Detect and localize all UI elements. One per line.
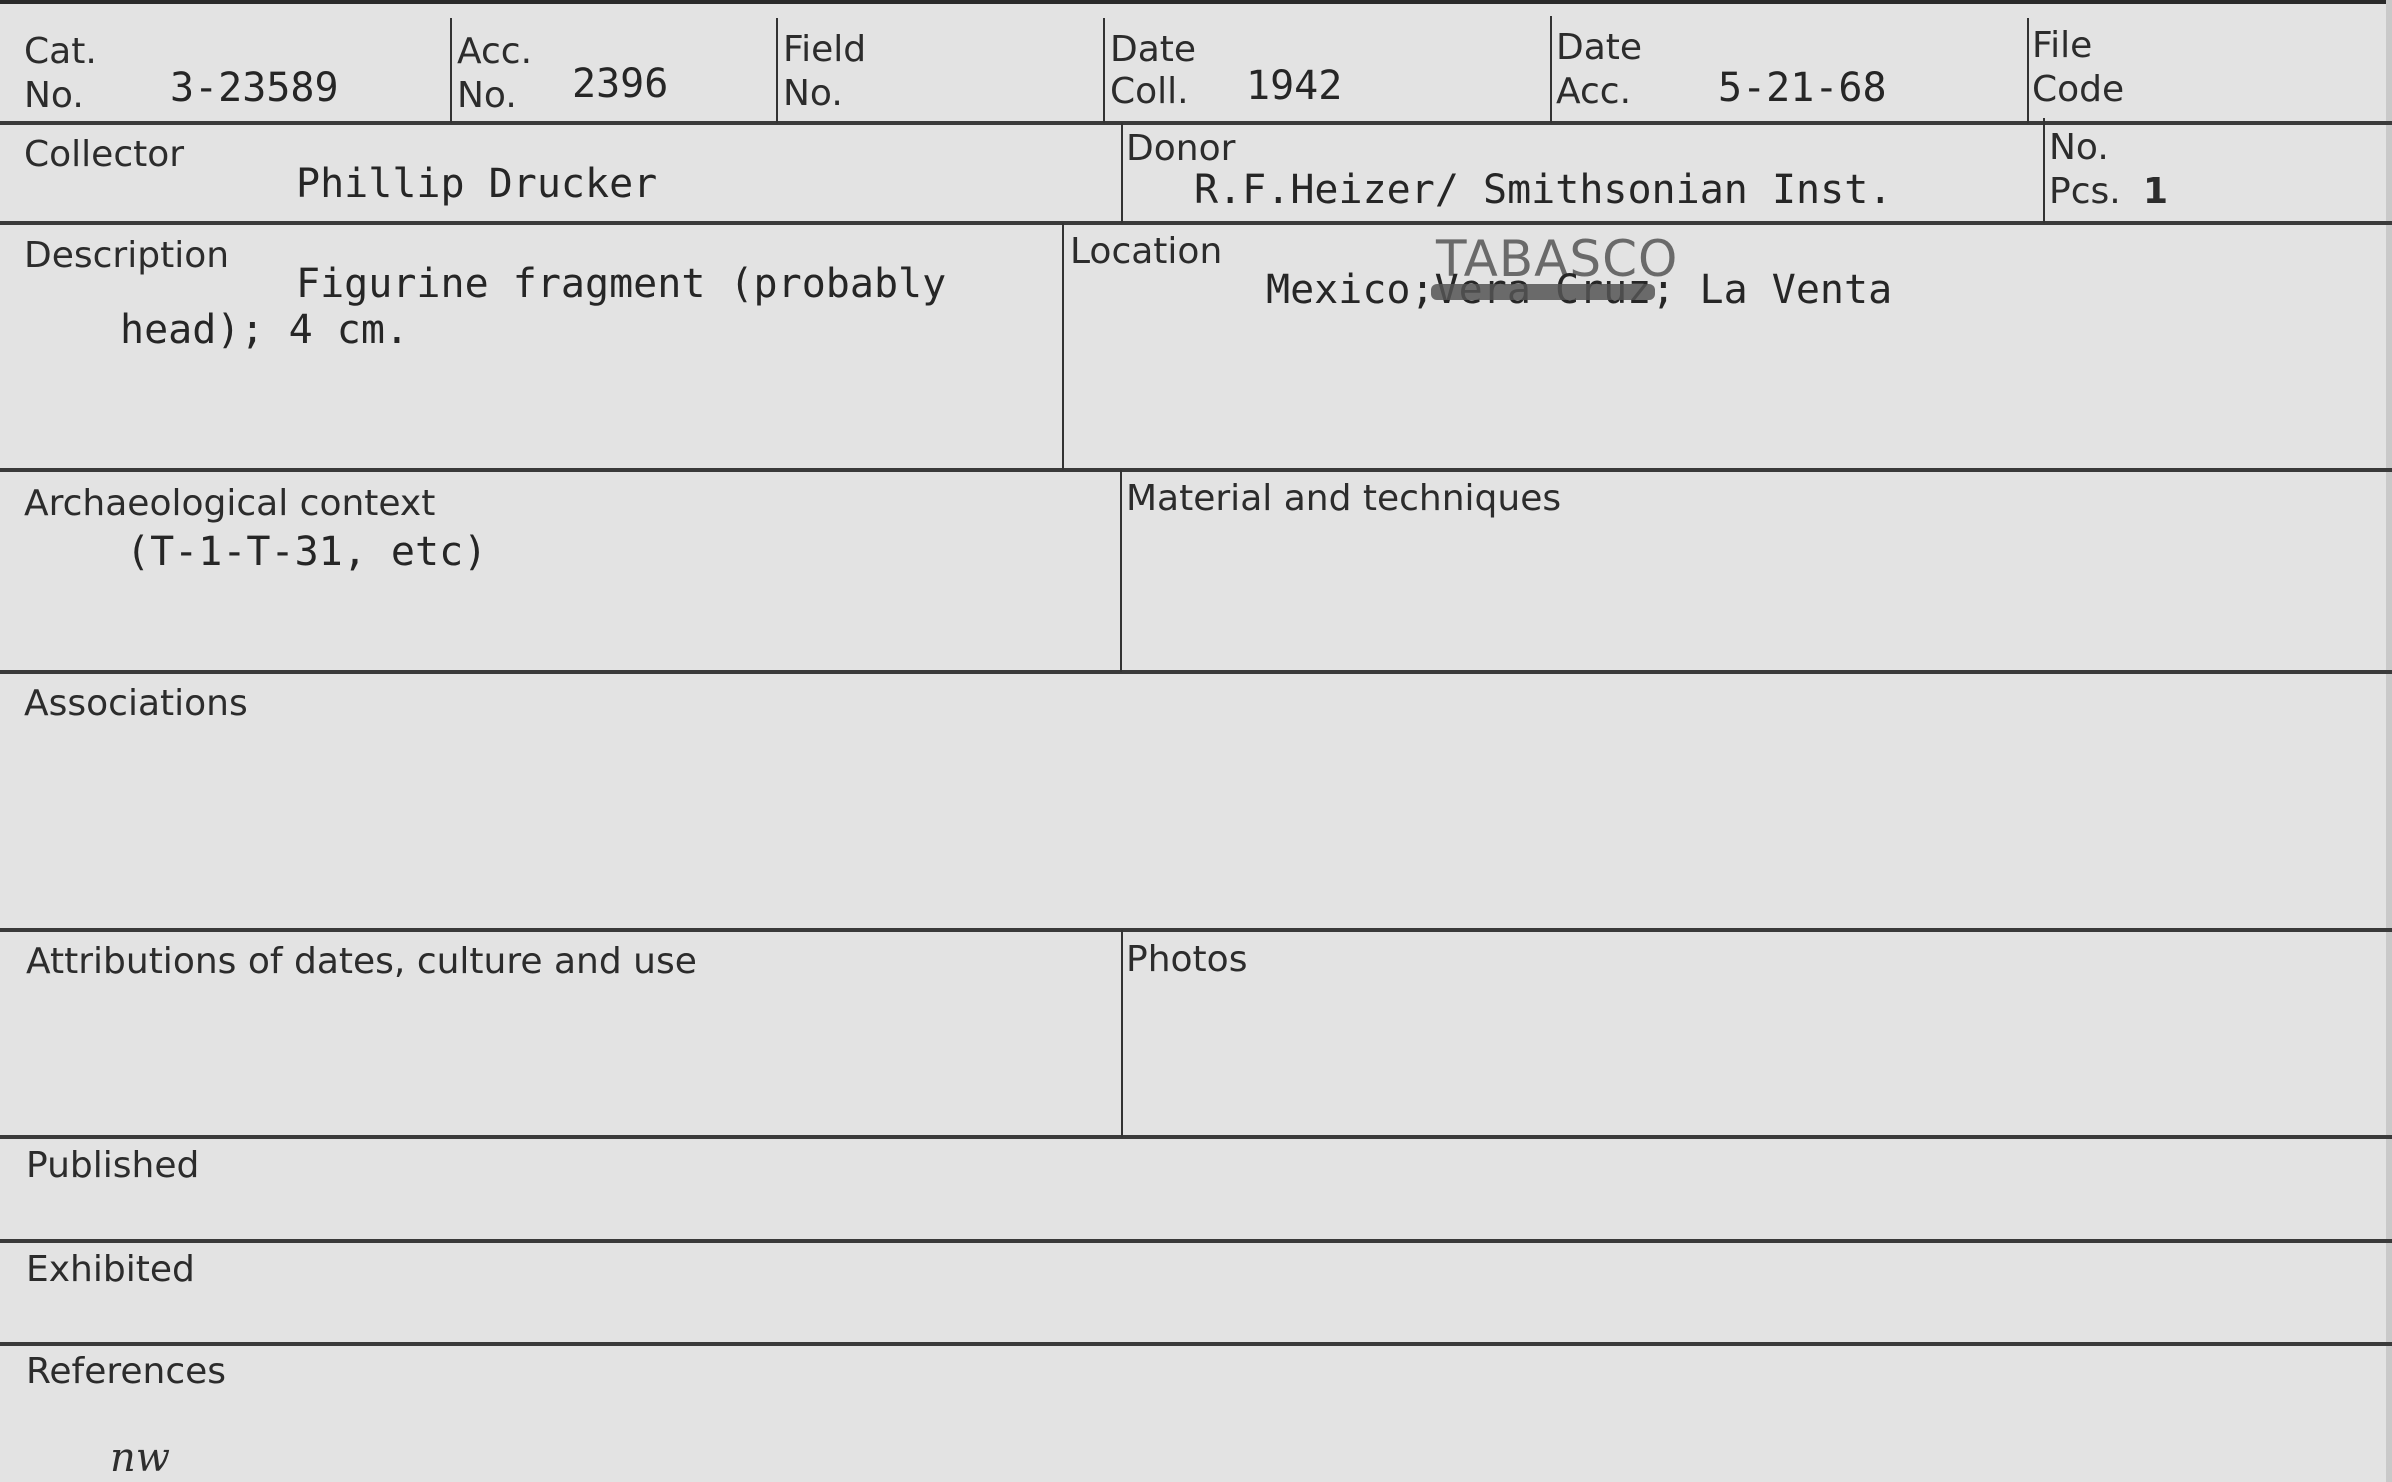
donor-value: R.F.Heizer/ Smithsonian Inst.	[1194, 166, 1892, 214]
rule-row5	[0, 928, 2392, 932]
description-line1: Figurine fragment (probably	[296, 260, 946, 308]
field-no-label-1: Field	[783, 28, 866, 72]
rule-row2	[0, 221, 2392, 225]
archaeological-context-label: Archaeological context	[24, 482, 435, 526]
date-coll-label-2: Coll.	[1110, 70, 1189, 114]
archaeological-context-value: (T-1-T-31, etc)	[126, 528, 487, 576]
field-no-label-2: No.	[783, 72, 843, 116]
divider	[1062, 223, 1064, 470]
references-initials: nw	[110, 1435, 170, 1481]
exhibited-label: Exhibited	[26, 1248, 195, 1292]
rule-row7	[0, 1239, 2392, 1243]
divider	[1121, 930, 1123, 1137]
associations-label: Associations	[24, 682, 248, 726]
rule-row1	[0, 121, 2392, 125]
date-coll-label-1: Date	[1110, 28, 1196, 72]
cat-no-label-2: No.	[24, 74, 84, 118]
photos-label: Photos	[1126, 938, 1247, 982]
rule-row8	[0, 1342, 2392, 1346]
file-code-label-2: Code	[2032, 68, 2124, 112]
cat-no-label-1: Cat.	[24, 30, 97, 74]
divider	[776, 18, 778, 123]
acc-no-value: 2396	[572, 60, 668, 108]
file-code-label-1: File	[2032, 24, 2092, 68]
location-value: Mexico;Vera Cruz; La Venta	[1266, 266, 1892, 314]
divider	[1120, 470, 1122, 672]
rule-row4	[0, 670, 2392, 674]
attributions-label: Attributions of dates, culture and use	[26, 940, 697, 984]
description-label: Description	[24, 234, 229, 278]
collector-label: Collector	[24, 133, 184, 177]
date-acc-label-2: Acc.	[1556, 70, 1631, 114]
rule-row6	[0, 1135, 2392, 1139]
no-pcs-label-1: No.	[2049, 126, 2109, 170]
top-edge	[0, 0, 2392, 4]
no-pcs-label-2: Pcs.	[2049, 170, 2121, 214]
acc-no-label-2: No.	[457, 74, 517, 118]
published-label: Published	[26, 1144, 199, 1188]
divider	[2043, 118, 2045, 223]
divider	[1121, 123, 1123, 223]
divider	[1103, 18, 1105, 123]
description-line2: head); 4 cm.	[120, 306, 409, 354]
collector-value: Phillip Drucker	[296, 160, 657, 208]
date-acc-label-1: Date	[1556, 26, 1642, 70]
divider	[450, 18, 452, 123]
location-suffix: ; La Venta	[1651, 267, 1892, 313]
date-acc-value: 5-21-68	[1718, 64, 1887, 112]
location-prefix: Mexico;	[1266, 267, 1435, 313]
acc-no-label-1: Acc.	[457, 30, 532, 74]
divider	[2027, 18, 2029, 123]
location-label: Location	[1070, 230, 1222, 274]
donor-label: Donor	[1126, 127, 1235, 171]
no-pcs-value: 1	[2143, 170, 2168, 214]
cat-no-value: 3-23589	[170, 64, 339, 112]
location-struck-text: Vera Cruz	[1435, 266, 1652, 314]
divider	[1550, 16, 1552, 123]
material-techniques-label: Material and techniques	[1126, 477, 1561, 521]
references-label: References	[26, 1350, 226, 1394]
rule-row3	[0, 468, 2392, 472]
date-coll-value: 1942	[1246, 62, 1342, 110]
catalog-card: Cat. No. 3-23589 Acc. No. 2396 Field No.…	[0, 0, 2392, 1482]
